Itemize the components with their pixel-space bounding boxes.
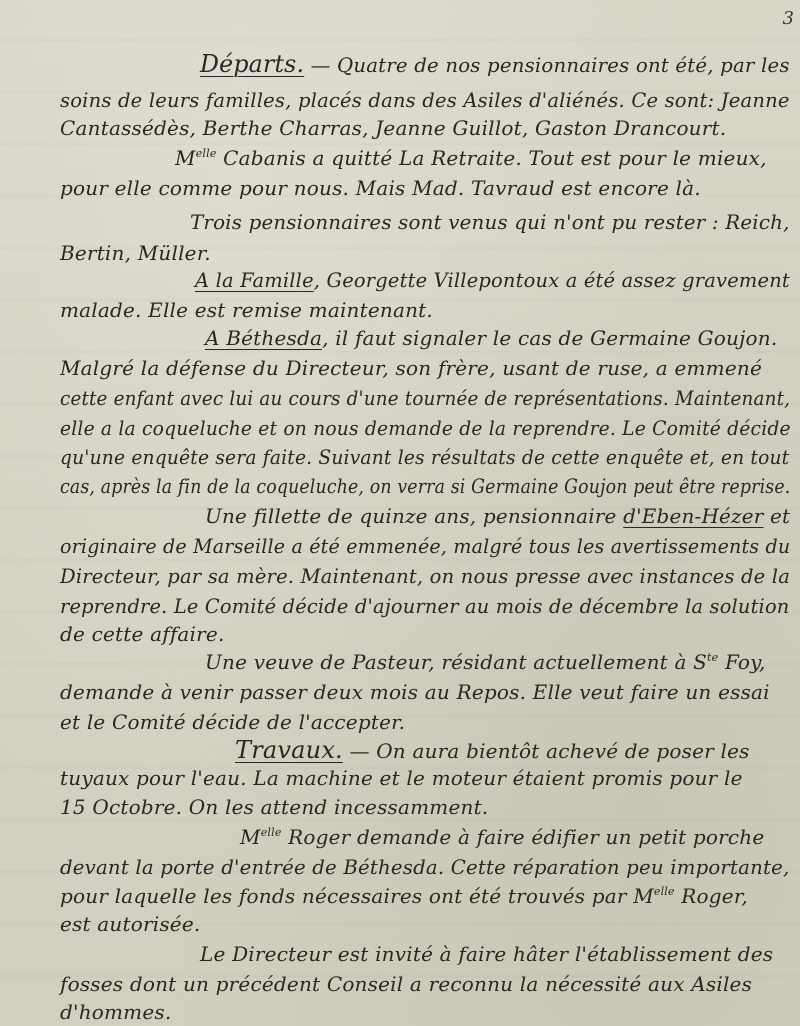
text-segment: M	[240, 825, 261, 849]
text-line: Départs. — Quatre de nos pensionnaires o…	[200, 52, 790, 76]
underlined-phrase: A la Famille	[195, 268, 314, 292]
text-segment: fosses dont un précédent Conseil a recon…	[60, 972, 752, 996]
text-line: qu'une enquête sera faite. Suivant les r…	[60, 447, 789, 467]
text-line: A la Famille, Georgette Villepontoux a é…	[195, 270, 790, 290]
text-line: Le Directeur est invité à faire hâter l'…	[200, 944, 773, 964]
text-segment: Cantassédès, Berthe Charras, Jeanne Guil…	[60, 116, 726, 140]
text-segment: Le Directeur est invité à faire hâter l'…	[200, 942, 773, 966]
text-segment: devant la porte d'entrée de Béthesda. Ce…	[60, 855, 789, 879]
text-segment: pour elle comme pour nous. Mais Mad. Tav…	[60, 176, 701, 200]
text-line: Bertin, Müller.	[60, 243, 211, 263]
text-line: tuyaux pour l'eau. La machine et le mote…	[60, 768, 743, 788]
text-segment: , il faut signaler le cas de Germaine Go…	[322, 326, 777, 350]
text-segment: Une veuve de Pasteur, résidant actuellem…	[205, 650, 707, 674]
text-line: Melle Cabanis a quitté La Retraite. Tout…	[175, 148, 767, 168]
text-segment: Une fillette de quinze ans, pensionnaire	[205, 504, 623, 528]
text-segment: demande à venir passer deux mois au Repo…	[60, 680, 770, 704]
text-line: cas, après la fin de la coqueluche, on v…	[60, 476, 790, 496]
superscript-abbreviation: elle	[654, 885, 675, 898]
text-line: soins de leurs familles, placés dans des…	[60, 90, 790, 110]
text-line: fosses dont un précédent Conseil a recon…	[60, 974, 752, 994]
text-line: originaire de Marseille a été emmenée, m…	[60, 536, 790, 556]
text-segment: , Georgette Villepontoux a été assez gra…	[314, 268, 790, 292]
text-segment: d'hommes.	[60, 1000, 171, 1024]
section-heading: Travaux.	[235, 736, 343, 764]
text-line: de cette affaire.	[60, 624, 225, 644]
text-segment: elle a la coqueluche et on nous demande …	[60, 416, 791, 440]
text-line: devant la porte d'entrée de Béthesda. Ce…	[60, 857, 789, 877]
text-segment: reprendre. Le Comité décide d'ajourner a…	[60, 594, 789, 618]
superscript-abbreviation: elle	[261, 826, 282, 839]
text-segment: — Quatre de nos pensionnaires ont été, p…	[304, 53, 789, 77]
text-segment: 15 Octobre. On les attend incessamment.	[60, 795, 488, 819]
text-line: Malgré la défense du Directeur, son frèr…	[60, 358, 762, 378]
text-line: Une fillette de quinze ans, pensionnaire…	[205, 506, 790, 526]
text-segment: Bertin, Müller.	[60, 241, 211, 265]
text-line: d'hommes.	[60, 1002, 171, 1022]
text-line: cette enfant avec lui au cours d'une tou…	[60, 388, 790, 408]
text-segment: tuyaux pour l'eau. La machine et le mote…	[60, 766, 743, 790]
text-segment: cas, après la fin de la coqueluche, on v…	[60, 474, 790, 498]
text-segment: de cette affaire.	[60, 622, 225, 646]
text-line: demande à venir passer deux mois au Repo…	[60, 682, 770, 702]
text-line: est autorisée.	[60, 914, 200, 934]
text-line: et le Comité décide de l'accepter.	[60, 712, 405, 732]
text-line: Travaux. — On aura bientôt achevé de pos…	[235, 738, 750, 762]
manuscript-page: 3 Départs. — Quatre de nos pensionnaires…	[0, 0, 800, 1026]
text-line: Trois pensionnaires sont venus qui n'ont…	[190, 212, 790, 232]
underlined-phrase: d'Eben-Hézer	[623, 504, 763, 528]
text-line: A Béthesda, il faut signaler le cas de G…	[205, 328, 777, 348]
text-line: malade. Elle est remise maintenant.	[60, 300, 433, 320]
text-segment: et le Comité décide de l'accepter.	[60, 710, 405, 734]
text-line: pour elle comme pour nous. Mais Mad. Tav…	[60, 178, 701, 198]
text-segment: soins de leurs familles, placés dans des…	[60, 88, 790, 112]
underlined-phrase: A Béthesda	[205, 326, 322, 350]
text-segment: Roger,	[675, 884, 748, 908]
superscript-abbreviation: te	[707, 651, 718, 664]
text-line: Melle Roger demande à faire édifier un p…	[240, 827, 764, 847]
text-segment: et	[763, 504, 790, 528]
text-segment: Malgré la défense du Directeur, son frèr…	[60, 356, 762, 380]
page-number: 3	[783, 8, 794, 29]
text-line: 15 Octobre. On les attend incessamment.	[60, 797, 488, 817]
text-line: Une veuve de Pasteur, résidant actuellem…	[205, 652, 766, 672]
text-segment: Cabanis a quitté La Retraite. Tout est p…	[217, 146, 767, 170]
text-line: elle a la coqueluche et on nous demande …	[60, 418, 791, 438]
text-segment: malade. Elle est remise maintenant.	[60, 298, 433, 322]
text-segment: — On aura bientôt achevé de poser les	[343, 739, 750, 763]
section-heading: Départs.	[200, 50, 304, 78]
text-segment: Trois pensionnaires sont venus qui n'ont…	[190, 210, 790, 234]
text-line: pour laquelle les fonds nécessaires ont …	[60, 886, 748, 906]
text-segment: Roger demande à faire édifier un petit p…	[282, 825, 765, 849]
text-segment: Foy,	[718, 650, 765, 674]
text-line: reprendre. Le Comité décide d'ajourner a…	[60, 596, 789, 616]
superscript-abbreviation: elle	[196, 147, 217, 160]
text-segment: pour laquelle les fonds nécessaires ont …	[60, 884, 654, 908]
text-segment: Directeur, par sa mère. Maintenant, on n…	[60, 564, 790, 588]
text-segment: cette enfant avec lui au cours d'une tou…	[60, 386, 790, 410]
text-segment: M	[175, 146, 196, 170]
text-line: Cantassédès, Berthe Charras, Jeanne Guil…	[60, 118, 726, 138]
text-line: Directeur, par sa mère. Maintenant, on n…	[60, 566, 790, 586]
text-segment: est autorisée.	[60, 912, 200, 936]
text-segment: qu'une enquête sera faite. Suivant les r…	[60, 445, 789, 469]
text-segment: originaire de Marseille a été emmenée, m…	[60, 534, 790, 558]
